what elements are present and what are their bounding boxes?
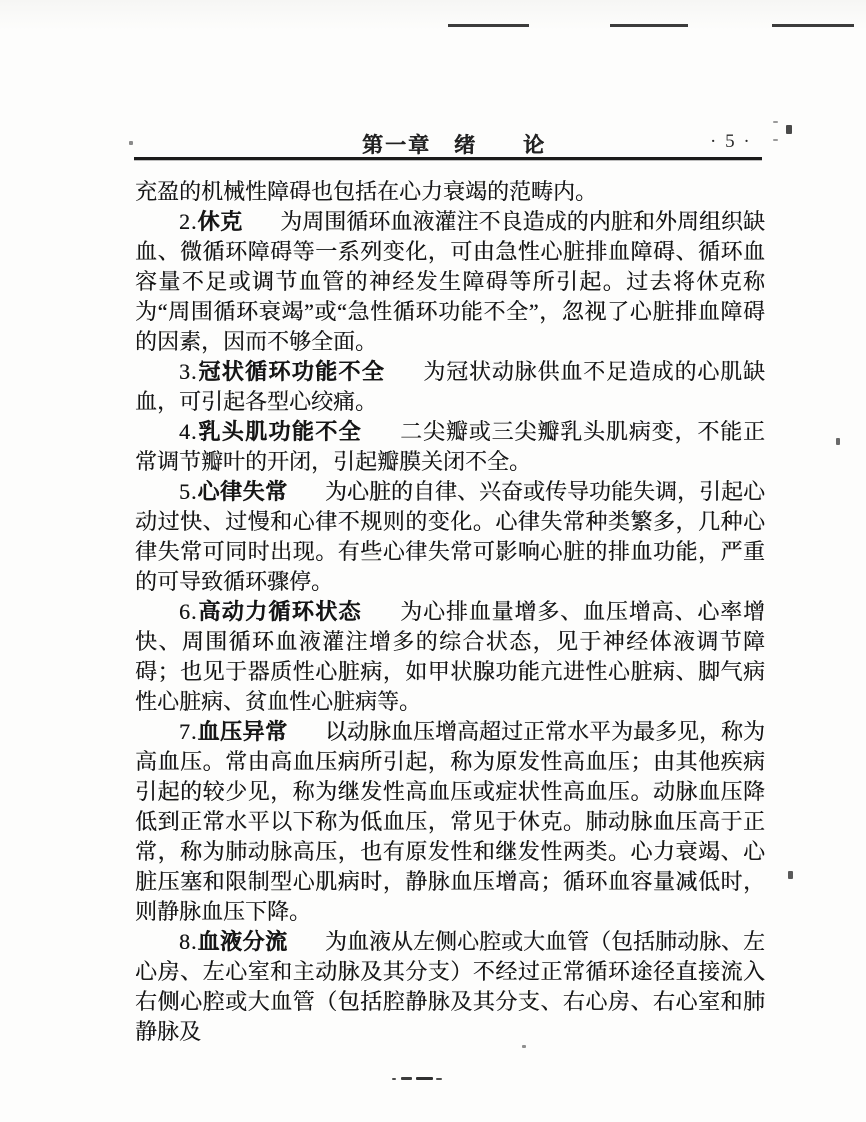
term-label: 高动力循环状态 bbox=[198, 599, 362, 624]
scan-speck bbox=[786, 125, 792, 134]
scan-speck bbox=[522, 1045, 526, 1048]
scan-artifact-top-dash bbox=[610, 24, 688, 27]
term-label: 乳头肌功能不全 bbox=[198, 419, 362, 444]
paragraph: 5.心律失常为心脏的自律、兴奋或传导功能失调，引起心动过快、过慢和心律不规则的变… bbox=[135, 477, 765, 597]
paragraph-text: 以动脉血压增高超过正常水平为最多见，称为高血压。常由高血压病所引起，称为原发性高… bbox=[135, 719, 765, 924]
term-label: 休克 bbox=[198, 209, 243, 234]
paragraph: 6.高动力循环状态为心排血量增多、血压增高、心率增快、周围循环血液灌注增多的综合… bbox=[135, 597, 765, 717]
book-page-scan: 第一章 绪 论 · 5 · 充盈的机械性障碍也包括在心力衰竭的范畴内。 2.休克… bbox=[0, 0, 866, 1122]
item-number: 5. bbox=[179, 479, 198, 504]
paragraph: 2.休克为周围循环血液灌注不良造成的内脏和外周组织缺血、微循环障碍等一系列变化，… bbox=[135, 207, 765, 357]
item-number: 6. bbox=[179, 599, 198, 624]
scan-artifact-bottom-dash bbox=[416, 1077, 433, 1080]
scan-artifact-bottom-dash bbox=[436, 1078, 442, 1080]
scan-speck bbox=[773, 121, 778, 123]
paragraph: 4.乳头肌功能不全二尖瓣或三尖瓣乳头肌病变，不能正常调节瓣叶的开闭，引起瓣膜关闭… bbox=[135, 417, 765, 477]
term-label: 心律失常 bbox=[198, 479, 288, 504]
scan-artifact-top-dash bbox=[448, 24, 529, 27]
paragraph: 3.冠状循环功能不全为冠状动脉供血不足造成的心肌缺血，可引起各型心绞痛。 bbox=[135, 357, 765, 417]
paragraph: 8.血液分流为血液从左侧心腔或大血管（包括肺动脉、左心房、左心室和主动脉及其分支… bbox=[135, 927, 765, 1047]
scan-speck bbox=[129, 141, 133, 145]
paragraph: 充盈的机械性障碍也包括在心力衰竭的范畴内。 bbox=[135, 177, 765, 207]
item-number: 2. bbox=[179, 209, 198, 234]
term-label: 血液分流 bbox=[198, 929, 288, 954]
scan-artifact-bottom-dash bbox=[401, 1077, 412, 1080]
page-number: · 5 · bbox=[710, 131, 752, 153]
scan-speck bbox=[836, 438, 840, 445]
chapter-running-title: 第一章 绪 论 bbox=[362, 129, 546, 159]
term-label: 冠状循环功能不全 bbox=[198, 359, 386, 384]
scan-speck bbox=[788, 871, 793, 879]
paragraph-text: 充盈的机械性障碍也包括在心力衰竭的范畴内。 bbox=[135, 179, 597, 204]
item-number: 4. bbox=[179, 419, 198, 444]
item-number: 7. bbox=[179, 719, 198, 744]
item-number: 8. bbox=[179, 929, 198, 954]
page-body: 充盈的机械性障碍也包括在心力衰竭的范畴内。 2.休克为周围循环血液灌注不良造成的… bbox=[135, 177, 765, 1047]
scan-speck bbox=[773, 139, 778, 141]
paragraph: 7.血压异常以动脉血压增高超过正常水平为最多见，称为高血压。常由高血压病所引起，… bbox=[135, 717, 765, 927]
term-label: 血压异常 bbox=[198, 719, 288, 744]
scan-artifact-top-dash bbox=[772, 24, 854, 27]
header-rule bbox=[134, 157, 762, 160]
scan-artifact-bottom-dash bbox=[392, 1078, 396, 1080]
item-number: 3. bbox=[179, 359, 198, 384]
